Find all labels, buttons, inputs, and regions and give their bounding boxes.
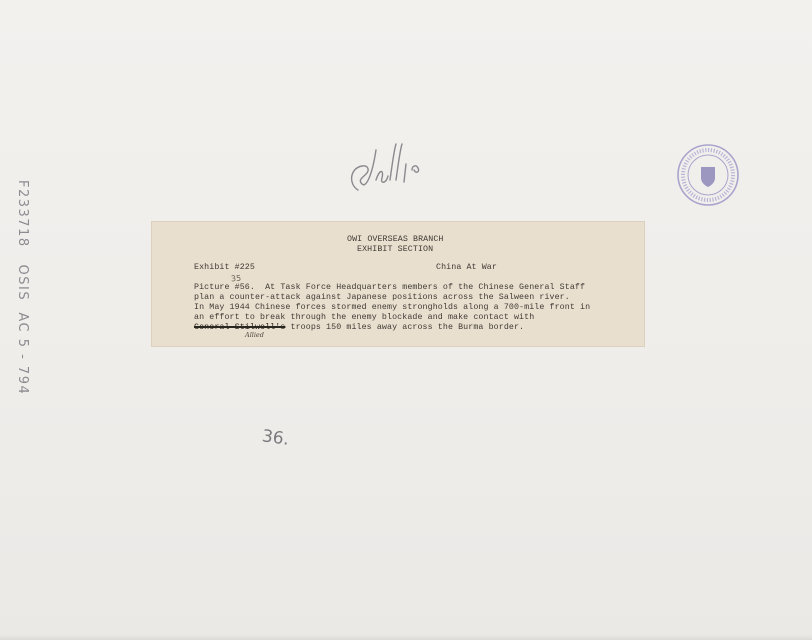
caption-line: In May 1944 Chinese forces stormed enemy… bbox=[194, 303, 590, 314]
picture-number-correction: 35 bbox=[231, 274, 242, 284]
label-header-section: EXHIBIT SECTION bbox=[357, 245, 433, 256]
pencil-page-number: 36. bbox=[261, 426, 291, 450]
archive-stamp-icon bbox=[676, 143, 740, 207]
exhibit-number: Exhibit #225 bbox=[194, 263, 255, 274]
caption-line-rest: troops 150 miles away across the Burma b… bbox=[285, 323, 524, 332]
struck-text: General Stilwell's bbox=[194, 323, 285, 332]
page-bottom-edge bbox=[0, 634, 812, 640]
caption-line: Picture #56. At Task Force Headquarters … bbox=[194, 283, 585, 294]
exhibit-subject: China At War bbox=[436, 263, 497, 274]
label-header-branch: OWI OVERSEAS BRANCH bbox=[347, 235, 444, 246]
handwritten-replacement: Allied bbox=[245, 331, 264, 339]
exhibit-caption-label: OWI OVERSEAS BRANCH EXHIBIT SECTION Exhi… bbox=[151, 221, 645, 347]
margin-catalog-note: F233718 OSIS AC 5 - 794 bbox=[15, 180, 30, 395]
caption-line: plan a counter-attack against Japanese p… bbox=[194, 293, 570, 304]
photo-verso-page: F233718 OSIS AC 5 - 794 OWI OVERSEAS BRA… bbox=[0, 0, 812, 640]
caption-line: an effort to break through the enemy blo… bbox=[194, 313, 534, 324]
caption-line-last: General Stilwell's troops 150 miles away… bbox=[194, 323, 524, 334]
signature-icon bbox=[340, 140, 440, 200]
